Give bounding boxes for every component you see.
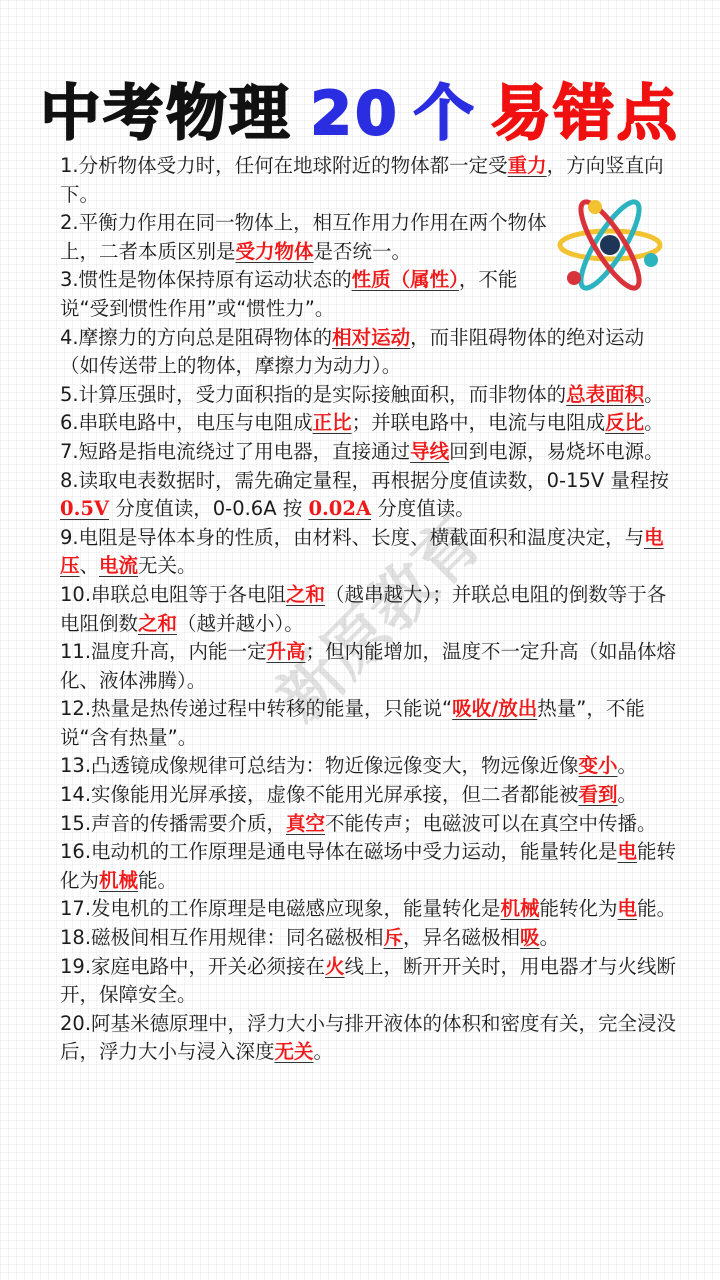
list-item: 9.电阻是导体本身的性质，由材料、长度、横截面积和温度决定，与电压、电流无关。 — [60, 524, 680, 581]
list-item: 4.摩擦力的方向总是阻碍物体的相对运动，而非阻碍物体的绝对运动（如传送带上的物体… — [60, 324, 680, 381]
key-term: 吸收/放出 — [452, 697, 537, 720]
key-term: 受力物体 — [236, 240, 314, 263]
key-term: 之和 — [286, 583, 325, 606]
key-term: 火 — [325, 955, 345, 978]
key-term: 真空 — [286, 812, 325, 835]
list-item: 14.实像能用光屏承接，虚像不能用光屏承接，但二者都能被看到。 — [60, 781, 680, 810]
key-term: 看到 — [579, 783, 618, 806]
list-item: 13.凸透镜成像规律可总结为：物近像远像变大，物远像近像变小。 — [60, 752, 680, 781]
list-item: 20.阿基米德原理中，浮力大小与排开液体的体积和密度有关，完全浸没后，浮力大小与… — [60, 1010, 680, 1067]
key-term: 0.5V — [60, 497, 109, 520]
key-term: 重力 — [508, 154, 547, 177]
key-term: 相对运动 — [332, 326, 410, 349]
title-part-subject: 中考物理 — [40, 79, 292, 149]
key-term: 变小 — [579, 754, 618, 777]
list-item: 7.短路是指电流绕过了用电器，直接通过导线回到电源，易烧坏电源。 — [60, 438, 680, 467]
error-points-list: 1.分析物体受力时，任何在地球附近的物体都一定受重力，方向竖直向下。 2.平衡力… — [60, 152, 680, 1067]
title-part-measure: 个 — [414, 79, 477, 149]
key-term: 机械 — [99, 869, 138, 892]
key-term: 机械 — [501, 897, 540, 920]
key-term: 升高 — [267, 640, 306, 663]
key-term: 性质（属性） — [352, 268, 459, 291]
key-term: 吸 — [520, 926, 540, 949]
list-item: 10.串联总电阻等于各电阻之和（越串越大）；并联总电阻的倒数等于各电阻倒数之和（… — [60, 581, 680, 638]
key-term: 电 — [618, 897, 638, 920]
key-term: 总表面积 — [566, 383, 644, 406]
key-term: 导线 — [410, 440, 449, 463]
key-term: 斥 — [384, 926, 404, 949]
list-item: 12.热量是热传递过程中转移的能量，只能说“吸收/放出热量”，不能说“含有热量”… — [60, 695, 680, 752]
key-term: 之和 — [138, 612, 177, 635]
key-term: 反比 — [605, 411, 644, 434]
key-term: 无关 — [275, 1040, 314, 1063]
list-item: 5.计算压强时，受力面积指的是实际接触面积，而非物体的总表面积。 — [60, 381, 680, 410]
key-term: 正比 — [313, 411, 352, 434]
list-item: 15.声音的传播需要介质，真空不能传声；电磁波可以在真空中传播。 — [60, 810, 680, 839]
title-part-count: 20 — [310, 79, 400, 149]
list-item: 16.电动机的工作原理是通电导体在磁场中受力运动，能量转化是电能转化为机械能。 — [60, 838, 680, 895]
list-item: 6.串联电路中，电压与电阻成正比；并联电路中，电流与电阻成反比。 — [60, 409, 680, 438]
list-item: 8.读取电表数据时，需先确定量程，再根据分度值读数，0-15V 量程按 0.5V… — [60, 467, 680, 524]
list-item: 11.温度升高，内能一定升高；但内能增加，温度不一定升高（如晶体熔化、液体沸腾）… — [60, 638, 680, 695]
list-item: 19.家庭电路中，开关必须接在火线上，断开开关时，用电器才与火线断开，保障安全。 — [60, 953, 680, 1010]
key-term: 0.02A — [308, 497, 371, 520]
list-item: 17.发电机的工作原理是电磁感应现象，能量转化是机械能转化为电能。 — [60, 895, 680, 924]
list-item: 1.分析物体受力时，任何在地球附近的物体都一定受重力，方向竖直向下。 — [60, 152, 680, 209]
list-item: 2.平衡力作用在同一物体上，相互作用力作用在两个物体上，二者本质区别是受力物体是… — [60, 209, 548, 266]
list-item: 3.惯性是物体保持原有运动状态的性质（属性），不能说“受到惯性作用”或“惯性力”… — [60, 266, 548, 323]
page-title: 中考物理20个易错点 — [0, 72, 720, 156]
list-item: 18.磁极间相互作用规律：同名磁极相斥，异名磁极相吸。 — [60, 924, 680, 953]
key-term: 电流 — [99, 554, 138, 577]
key-term: 电 — [618, 840, 638, 863]
title-part-topic: 易错点 — [491, 79, 680, 149]
